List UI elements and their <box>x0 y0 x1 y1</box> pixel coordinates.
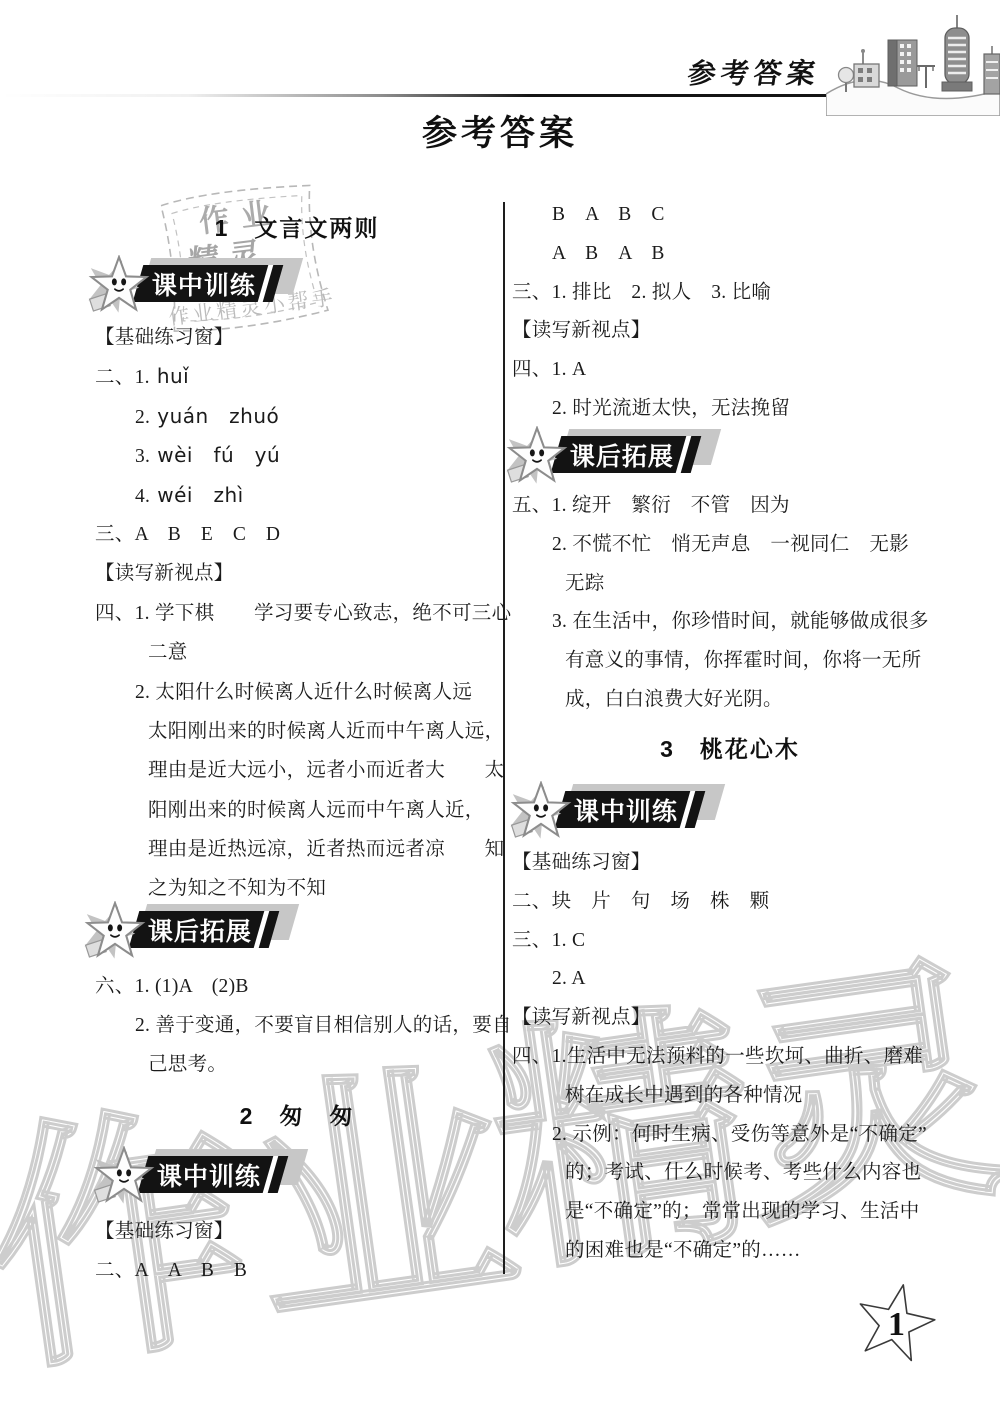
banner-after-class-1: 课后拓展 <box>84 901 299 963</box>
text-line: 二意 <box>95 633 501 672</box>
text-line: 阳刚出来的时候离人远而中午离人近， <box>95 791 501 830</box>
city-skyline-illustration <box>826 12 1000 116</box>
text-line: 成，白白浪费大好光阴。 <box>512 681 948 720</box>
left-column-block-3: 【基础练习窗】二、A A B B <box>95 1213 501 1291</box>
text-line: A B A B <box>512 235 948 274</box>
star-mascot-icon <box>93 1146 155 1208</box>
text-line: 的困难也是“不确定”的…… <box>512 1232 948 1271</box>
banner-in-class-training-1: 课中训练 <box>88 255 303 317</box>
text-line: 2. 示例：何时生病、受伤等意外是“不确定” <box>512 1116 948 1155</box>
text-line: 理由是近热远凉，近者热而远者凉 知 <box>95 830 501 869</box>
banner-label: 课后拓展 <box>570 437 674 473</box>
left-column-block-2: 六、1. (1)A (2)B2. 善于变通，不要盲目相信别人的话，要自己思考。 <box>95 968 501 1084</box>
header-rule <box>0 94 852 97</box>
text-line: 二、A A B B <box>95 1252 501 1291</box>
text-line: 三、1. 排比 2. 拟人 3. 比喻 <box>512 274 948 313</box>
section-title-1: 1 文言文两则 <box>95 210 499 243</box>
text-line: 三、A B E C D <box>95 515 501 554</box>
star-mascot-icon <box>506 426 568 488</box>
text-line: 是“不确定”的；常常出现的学习、生活中 <box>512 1193 948 1232</box>
text-line: 六、1. (1)A (2)B <box>95 968 501 1007</box>
text-line: 【基础练习窗】 <box>95 1213 501 1252</box>
section-title-2: 2 匆 匆 <box>95 1098 499 1131</box>
text-line: 四、1. A <box>512 351 948 390</box>
text-line: 3.wèi fú yú <box>95 436 501 475</box>
star-mascot-icon <box>88 255 150 317</box>
right-column-block-2: 五、1. 绽开 繁衍 不管 因为2. 不慌不忙 悄无声息 一视同仁 无影无踪3.… <box>512 487 948 720</box>
page-number: 1 <box>888 1306 905 1343</box>
text-line: 2. 太阳什么时候离人近什么时候离人远 <box>95 673 501 712</box>
page-number-star: 1 <box>850 1278 942 1370</box>
banner-after-class-2: 课后拓展 <box>506 426 721 488</box>
banner-in-class-training-3: 课中训练 <box>510 781 725 843</box>
header-title: 参考答案 <box>685 52 823 92</box>
text-line: 的；考试、什么时候考、考些什么内容也 <box>512 1154 948 1193</box>
text-line: 【基础练习窗】 <box>95 318 501 357</box>
text-line: 太阳刚出来的时候离人近而中午离人远， <box>95 712 501 751</box>
banner-label: 课中训练 <box>574 792 678 828</box>
text-line: 2. 不慌不忙 悄无声息 一视同仁 无影 <box>512 526 948 565</box>
text-line: B A B C <box>512 196 948 235</box>
text-line: 五、1. 绽开 繁衍 不管 因为 <box>512 487 948 526</box>
right-column-block-3: 【基础练习窗】二、块 片 句 场 株 颗三、1. C2. A【读写新视点】四、1… <box>512 844 948 1271</box>
text-line: 2. A <box>512 960 948 999</box>
section-title-3: 3 桃花心木 <box>512 731 948 764</box>
star-mascot-icon <box>510 781 572 843</box>
right-column-block-1: B A B CA B A B三、1. 排比 2. 拟人 3. 比喻【读写新视点】… <box>512 196 948 429</box>
page-title: 参考答案 <box>330 106 670 156</box>
banner-label: 课中训练 <box>157 1157 261 1193</box>
text-line: 【读写新视点】 <box>95 554 501 593</box>
text-line: 理由是近大远小，远者小而近者大 太 <box>95 751 501 790</box>
left-column-block-1: 【基础练习窗】二、1.huǐ2.yuán zhuó3.wèi fú yú4.wé… <box>95 318 501 909</box>
text-line: 【读写新视点】 <box>512 999 948 1038</box>
text-line: 二、1.huǐ <box>95 357 501 396</box>
text-line: 四、1.生活中无法预料的一些坎坷、曲折、磨难 <box>512 1038 948 1077</box>
text-line: 己思考。 <box>95 1046 501 1085</box>
text-line: 有意义的事情，你挥霍时间，你将一无所 <box>512 642 948 681</box>
text-line: 【读写新视点】 <box>512 312 948 351</box>
text-line: 四、1. 学下棋 学习要专心致志，绝不可三心 <box>95 594 501 633</box>
workbook-answer-page: 作 业 精 灵 作业 精灵 作业精灵小帮手 参考答案 <box>0 0 1000 1404</box>
text-line: 2. 时光流逝太快，无法挽留 <box>512 390 948 429</box>
text-line: 4.wéi zhì <box>95 476 501 515</box>
text-line: 二、块 片 句 场 株 颗 <box>512 883 948 922</box>
banner-in-class-training-2: 课中训练 <box>93 1146 308 1208</box>
text-line: 2. 善于变通，不要盲目相信别人的话，要自 <box>95 1007 501 1046</box>
star-mascot-icon <box>84 901 146 963</box>
text-line: 2.yuán zhuó <box>95 397 501 436</box>
banner-label: 课中训练 <box>152 266 256 302</box>
text-line: 【基础练习窗】 <box>512 844 948 883</box>
text-line: 无踪 <box>512 565 948 604</box>
banner-label: 课后拓展 <box>148 912 252 948</box>
text-line: 三、1. C <box>512 922 948 961</box>
text-line: 3. 在生活中，你珍惜时间，就能够做成很多 <box>512 603 948 642</box>
text-line: 树在成长中遇到的各种情况 <box>512 1077 948 1116</box>
